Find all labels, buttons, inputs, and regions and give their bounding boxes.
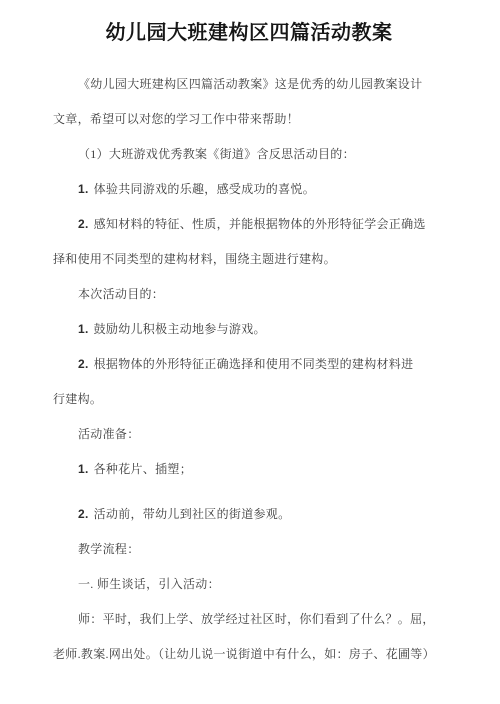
line-text: 《幼儿园大班建构区四篇活动教案》这是优秀的幼儿园教案设计 [78, 77, 422, 91]
text-line: 行建构。 [53, 382, 445, 417]
document-page: 幼儿园大班建构区四篇活动教案 《幼儿园大班建构区四篇活动教案》这是优秀的幼儿园教… [0, 0, 500, 704]
list-number: 1. [78, 462, 89, 476]
text-line: 教学流程： [53, 532, 445, 567]
line-text: 体验共同游戏的乐趣，感受成功的喜悦。 [94, 182, 315, 196]
text-line: 活动准备： [53, 417, 445, 452]
text-line: （1）大班游戏优秀教案《街道》含反思活动目的： [53, 137, 445, 172]
text-line: 1.体验共同游戏的乐趣，感受成功的喜悦。 [53, 172, 445, 207]
line-text: 鼓励幼儿积极主动地参与游戏。 [94, 322, 266, 336]
text-line: 2.根据物体的外形特征正确选择和使用不同类型的建构材料进 [53, 347, 445, 382]
line-text: 教学流程： [78, 542, 140, 556]
line-text: 活动准备： [78, 427, 140, 441]
text-line: 《幼儿园大班建构区四篇活动教案》这是优秀的幼儿园教案设计 [53, 67, 445, 102]
line-text: 根据物体的外形特征正确选择和使用不同类型的建构材料进 [94, 357, 414, 371]
line-text: （1）大班游戏优秀教案《街道》含反思活动目的： [78, 147, 355, 161]
text-line: 一. 师生谈话，引入活动： [53, 567, 445, 602]
line-text: 文章，希望可以对您的学习工作中带来帮助！ [53, 112, 299, 126]
list-number: 1. [78, 182, 89, 196]
text-line: 择和使用不同类型的建构材料，围绕主题进行建构。 [53, 242, 445, 277]
line-text: 师：平时，我们上学、放学经过社区时，你们看到了什么？。屈， [78, 612, 435, 626]
list-number: 2. [78, 357, 89, 371]
text-line: 师：平时，我们上学、放学经过社区时，你们看到了什么？。屈， [53, 602, 445, 637]
list-number: 1. [78, 322, 89, 336]
list-number: 2. [78, 217, 89, 231]
text-line: 1.各种花片、插塑； [53, 452, 445, 487]
line-text: 本次活动目的： [78, 287, 164, 301]
line-text: 老师.教案.网出处。（让幼儿说一说街道中有什么，如：房子、花圃等） [53, 647, 435, 661]
line-text: 各种花片、插塑； [94, 462, 192, 476]
text-line: 2.活动前，带幼儿到社区的街道参观。 [53, 497, 445, 532]
document-title: 幼儿园大班建构区四篇活动教案 [53, 18, 445, 48]
text-line: 2.感知材料的特征、性质，并能根据物体的外形特征学会正确选 [53, 207, 445, 242]
text-line: 老师.教案.网出处。（让幼儿说一说街道中有什么，如：房子、花圃等） [53, 637, 445, 672]
line-text: 行建构。 [53, 392, 102, 406]
line-text: 择和使用不同类型的建构材料，围绕主题进行建构。 [53, 252, 336, 266]
list-number: 2. [78, 507, 89, 521]
line-text: 感知材料的特征、性质，并能根据物体的外形特征学会正确选 [94, 217, 426, 231]
text-line: 本次活动目的： [53, 277, 445, 312]
text-line: 文章，希望可以对您的学习工作中带来帮助！ [53, 102, 445, 137]
line-text: 活动前，带幼儿到社区的街道参观。 [94, 507, 291, 521]
line-text: 一. 师生谈话，引入活动： [78, 577, 220, 591]
text-line: 1.鼓励幼儿积极主动地参与游戏。 [53, 312, 445, 347]
